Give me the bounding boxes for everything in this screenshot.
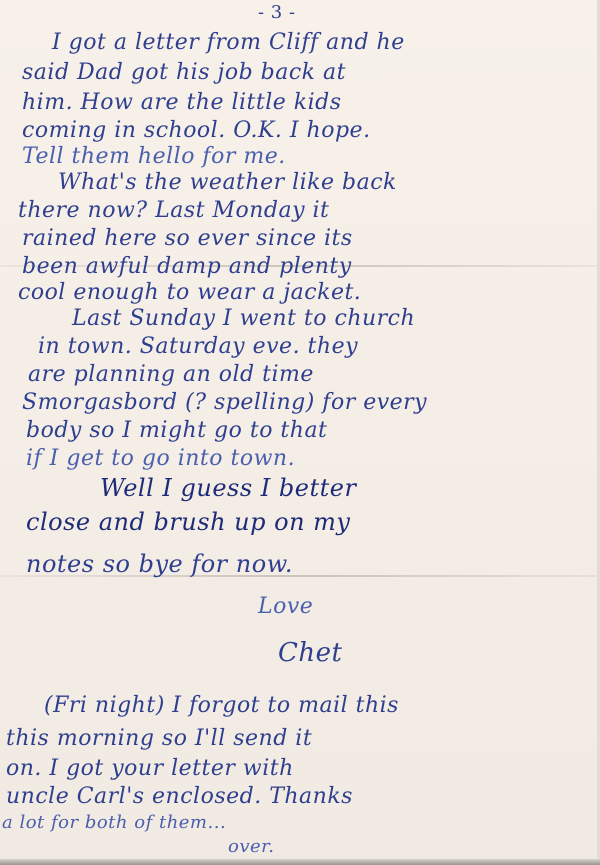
- postscript-line: uncle Carl's enclosed. Thanks: [6, 786, 353, 808]
- letter-line: close and brush up on my: [26, 510, 350, 534]
- letter-line: Tell them hello for me.: [22, 146, 286, 168]
- letter-line: if I get to go into town.: [26, 448, 295, 470]
- letter-closing: Love: [258, 596, 313, 618]
- letter-line: there now? Last Monday it: [18, 200, 329, 222]
- postscript-line: (Fri night) I forgot to mail this: [44, 695, 399, 717]
- postscript-line: this morning so I'll send it: [6, 728, 312, 750]
- letter-line: Last Sunday I went to church: [72, 308, 415, 330]
- letter-line: Smorgasbord (? spelling) for every: [22, 392, 427, 414]
- letter-line: said Dad got his job back at: [22, 62, 346, 84]
- letter-line: in town. Saturday eve. they: [38, 336, 358, 358]
- letter-line: What's the weather like back: [58, 172, 397, 194]
- letter-line: are planning an old time: [28, 364, 314, 386]
- continuation-note: over.: [228, 838, 275, 856]
- letter-line: coming in school. O.K. I hope.: [22, 120, 371, 142]
- letter-line: cool enough to wear a jacket.: [18, 282, 361, 304]
- postscript-line: a lot for both of them...: [2, 814, 226, 832]
- letter-line: body so I might go to that: [26, 420, 327, 442]
- paper-edge: [0, 859, 600, 865]
- letter-line: been awful damp and plenty: [22, 256, 352, 278]
- letter-line: I got a letter from Cliff and he: [52, 32, 405, 54]
- letter-line: Well I guess I better: [100, 476, 356, 500]
- letter-line: notes so bye for now.: [26, 552, 293, 576]
- letter-line: rained here so ever since its: [22, 228, 353, 250]
- page-number: - 3 -: [258, 4, 296, 22]
- letter-line: him. How are the little kids: [22, 92, 342, 114]
- postscript-line: on. I got your letter with: [6, 758, 294, 780]
- letter-signature: Chet: [278, 640, 342, 666]
- letter-page: - 3 - I got a letter from Cliff and he s…: [0, 0, 600, 865]
